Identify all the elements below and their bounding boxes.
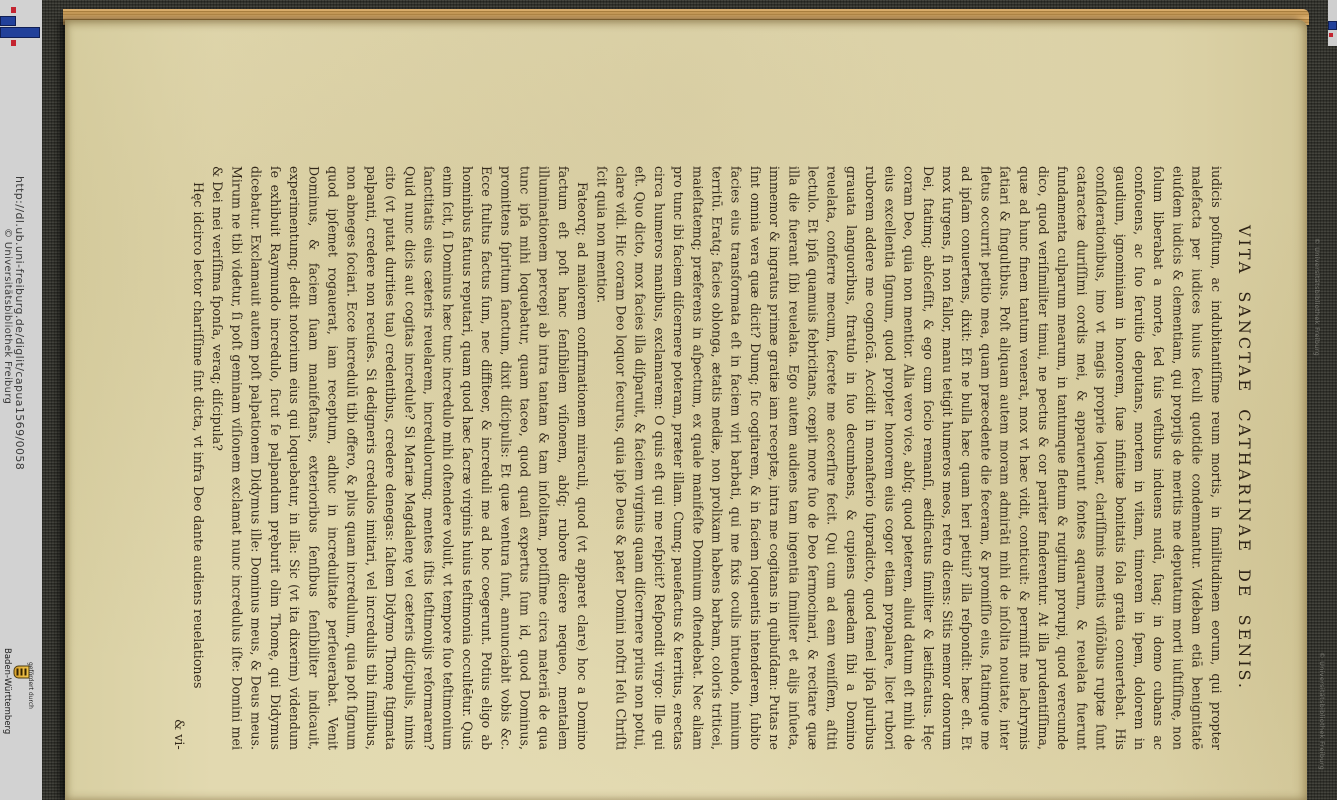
watermark-text: © Universitätsbibliothek Freiburg [1313, 238, 1321, 356]
body-paragraph: iudicis poſitum, ac indubitantiſſime reu… [592, 166, 1226, 750]
funding-region-label: Baden-Württemberg [2, 648, 12, 734]
scan-background: VITA SANCTAE CATHARINAE DE SENIS. iudici… [42, 0, 1337, 800]
funding-block: gefördert durch Baden-Württemberg [0, 648, 42, 798]
logo-red-square-top [11, 7, 16, 13]
document-url-label: http://dl.ub.uni-freiburg.de/diglit/capu… [13, 176, 26, 470]
copyright-label: © Universitätsbibliothek Freiburg [2, 228, 13, 404]
body-paragraph: Fateorq; ad maiorem confirmationem mirac… [208, 166, 592, 750]
page-title: VITA SANCTAE CATHARINAE DE SENIS. [1235, 166, 1254, 750]
logo-blue-fragment [1328, 21, 1337, 30]
logo-blue-bar-long [0, 27, 40, 38]
scanned-book-page: VITA SANCTAE CATHARINAE DE SENIS. iudici… [65, 20, 1307, 800]
logo-red-square-bottom [11, 40, 16, 46]
ub-freiburg-logo-icon [0, 5, 42, 51]
watermark-text: © Universitätsbibliothek Freiburg [1318, 652, 1326, 770]
logo-red-fragment [1329, 33, 1333, 37]
viewer-sidebar: http://dl.ub.uni-freiburg.de/diglit/capu… [0, 0, 42, 800]
corner-logo-fragment [1328, 0, 1337, 46]
logo-blue-bar-short [0, 16, 16, 26]
body-paragraph: Hęc idcirco lector chariſſime ſint dicta… [189, 166, 208, 750]
baden-wuerttemberg-coat-of-arms-icon [14, 666, 30, 679]
page-text-block: VITA SANCTAE CATHARINAE DE SENIS. iudici… [170, 166, 1254, 750]
catchword: & vi- [170, 166, 189, 750]
